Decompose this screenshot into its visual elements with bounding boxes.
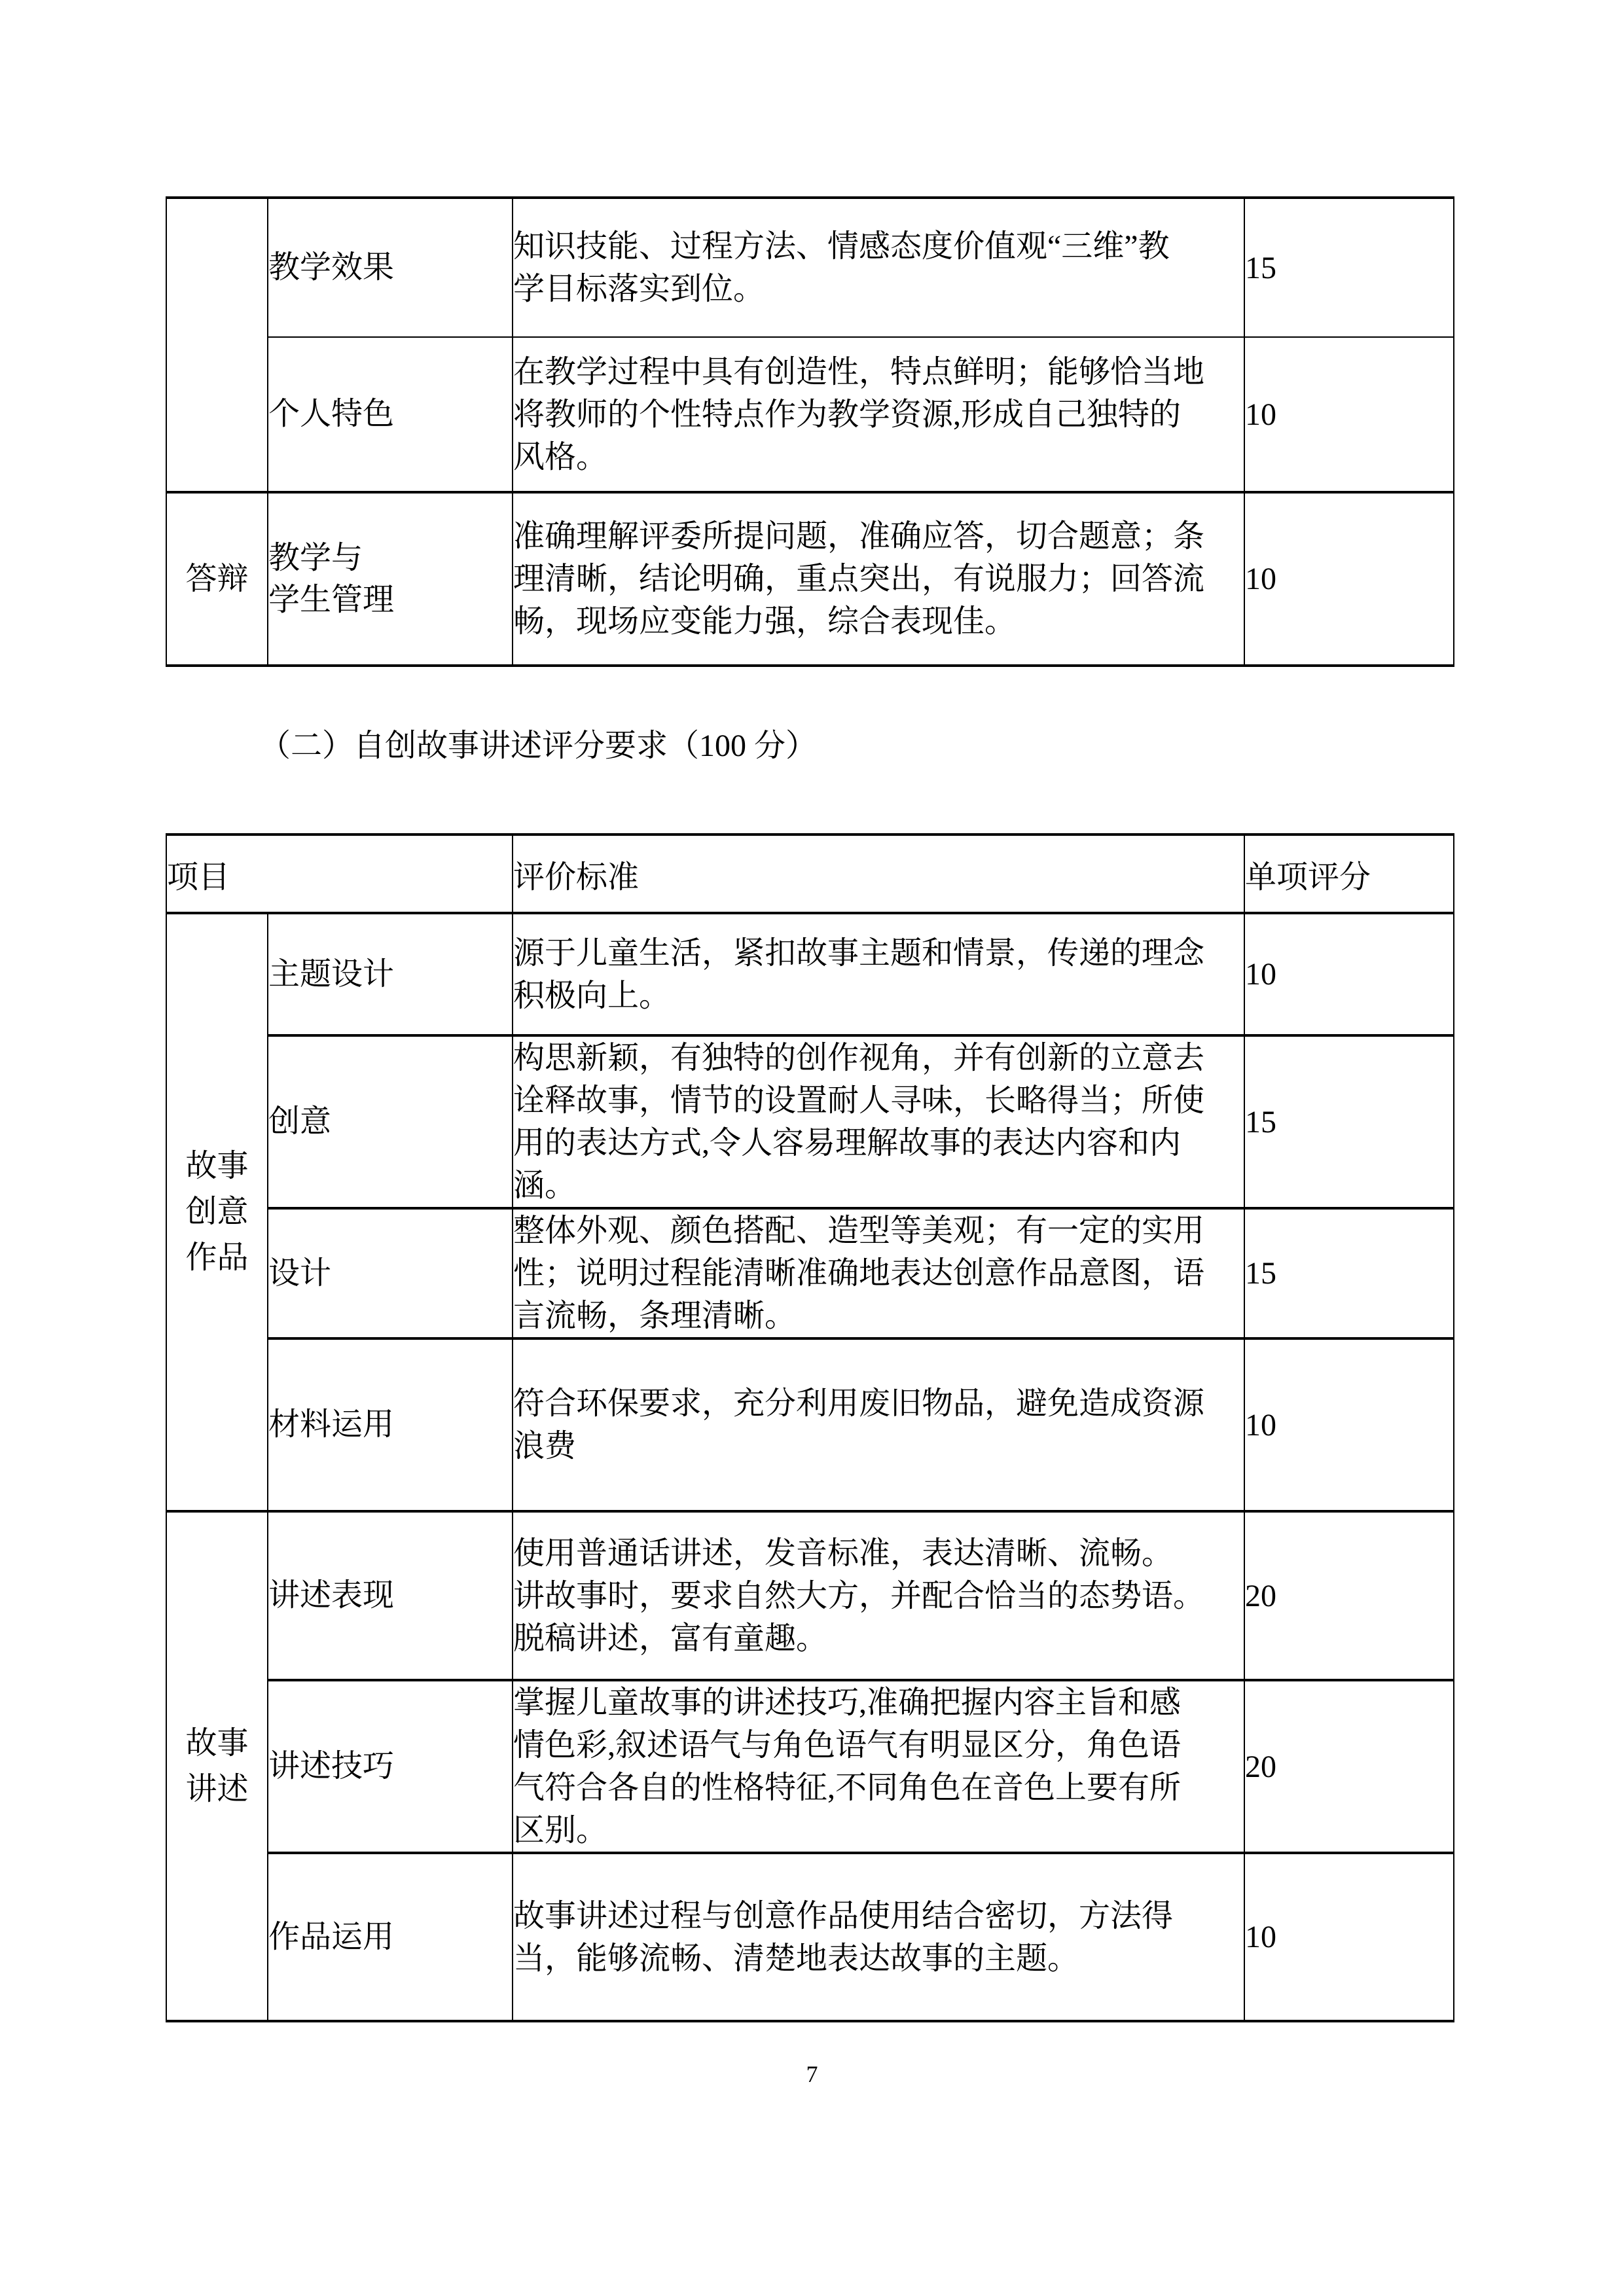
score-cell: 10 <box>1244 337 1454 492</box>
criteria-cell: 源于儿童生活，紧扣故事主题和情景，传递的理念 积极向上。 <box>513 913 1244 1035</box>
item-cell: 创意 <box>268 1035 513 1208</box>
criteria-cell: 在教学过程中具有创造性，特点鲜明；能够恰当地 将教师的个性特点作为教学资源,形成… <box>513 337 1244 492</box>
score-cell: 15 <box>1244 198 1454 337</box>
header-cell-criteria: 评价标准 <box>513 834 1244 913</box>
score-cell: 10 <box>1244 1338 1454 1511</box>
table-row: 设计 整体外观、颜色搭配、造型等美观；有一定的实用 性；说明过程能清晰准确地表达… <box>166 1208 1454 1338</box>
table-row: 故事 创意 作品 主题设计 源于儿童生活，紧扣故事主题和情景，传递的理念 积极向… <box>166 913 1454 1035</box>
table-row: 材料运用 符合环保要求，充分利用废旧物品，避免造成资源 浪费 10 <box>166 1338 1454 1511</box>
scoring-table-lecture: 教学效果 知识技能、过程方法、情感态度价值观“三维”教 学目标落实到位。 15 … <box>166 196 1454 667</box>
scoring-table-storytelling: 项目 评价标准 单项评分 故事 创意 作品 主题设计 源于儿童生活，紧扣故事主题… <box>166 833 1454 2022</box>
criteria-cell: 知识技能、过程方法、情感态度价值观“三维”教 学目标落实到位。 <box>513 198 1244 337</box>
table-header-row: 项目 评价标准 单项评分 <box>166 834 1454 913</box>
header-cell-score: 单项评分 <box>1244 834 1454 913</box>
group-cell: 故事 创意 作品 <box>166 913 268 1511</box>
item-cell: 设计 <box>268 1208 513 1338</box>
criteria-cell: 整体外观、颜色搭配、造型等美观；有一定的实用 性；说明过程能清晰准确地表达创意作… <box>513 1208 1244 1338</box>
item-cell: 教学效果 <box>268 198 513 337</box>
page-number: 7 <box>0 2060 1624 2088</box>
criteria-cell: 符合环保要求，充分利用废旧物品，避免造成资源 浪费 <box>513 1338 1244 1511</box>
item-cell: 讲述表现 <box>268 1511 513 1680</box>
score-cell: 10 <box>1244 913 1454 1035</box>
table-row: 故事 讲述 讲述表现 使用普通话讲述，发音标准，表达清晰、流畅。 讲故事时，要求… <box>166 1511 1454 1680</box>
criteria-cell: 准确理解评委所提问题，准确应答，切合题意；条 理清晰，结论明确，重点突出，有说服… <box>513 492 1244 666</box>
item-cell: 讲述技巧 <box>268 1680 513 1853</box>
criteria-cell: 构思新颖，有独特的创作视角，并有创新的立意去 诠释故事，情节的设置耐人寻味，长略… <box>513 1035 1244 1208</box>
item-cell: 材料运用 <box>268 1338 513 1511</box>
score-cell: 15 <box>1244 1035 1454 1208</box>
table-row: 作品运用 故事讲述过程与创意作品使用结合密切，方法得 当，能够流畅、清楚地表达故… <box>166 1853 1454 2021</box>
table-row: 讲述技巧 掌握儿童故事的讲述技巧,准确把握内容主旨和感 情色彩,叙述语气与角色语… <box>166 1680 1454 1853</box>
table-row: 教学效果 知识技能、过程方法、情感态度价值观“三维”教 学目标落实到位。 15 <box>166 198 1454 337</box>
item-cell: 作品运用 <box>268 1853 513 2021</box>
group-cell-empty <box>166 198 268 492</box>
score-cell: 10 <box>1244 1853 1454 2021</box>
table-row: 个人特色 在教学过程中具有创造性，特点鲜明；能够恰当地 将教师的个性特点作为教学… <box>166 337 1454 492</box>
score-cell: 20 <box>1244 1680 1454 1853</box>
item-cell: 教学与 学生管理 <box>268 492 513 666</box>
document-page: 教学效果 知识技能、过程方法、情感态度价值观“三维”教 学目标落实到位。 15 … <box>0 0 1624 2296</box>
score-cell: 20 <box>1244 1511 1454 1680</box>
criteria-cell: 掌握儿童故事的讲述技巧,准确把握内容主旨和感 情色彩,叙述语气与角色语气有明显区… <box>513 1680 1244 1853</box>
criteria-cell: 使用普通话讲述，发音标准，表达清晰、流畅。 讲故事时，要求自然大方，并配合恰当的… <box>513 1511 1244 1680</box>
section-heading: （二）自创故事讲述评分要求（100 分） <box>259 728 817 764</box>
score-cell: 10 <box>1244 492 1454 666</box>
table-row: 答辩 教学与 学生管理 准确理解评委所提问题，准确应答，切合题意；条 理清晰，结… <box>166 492 1454 666</box>
criteria-cell: 故事讲述过程与创意作品使用结合密切，方法得 当，能够流畅、清楚地表达故事的主题。 <box>513 1853 1244 2021</box>
group-cell: 答辩 <box>166 492 268 666</box>
group-cell: 故事 讲述 <box>166 1511 268 2021</box>
table-row: 创意 构思新颖，有独特的创作视角，并有创新的立意去 诠释故事，情节的设置耐人寻味… <box>166 1035 1454 1208</box>
item-cell: 个人特色 <box>268 337 513 492</box>
score-cell: 15 <box>1244 1208 1454 1338</box>
header-cell-item: 项目 <box>166 834 513 913</box>
item-cell: 主题设计 <box>268 913 513 1035</box>
